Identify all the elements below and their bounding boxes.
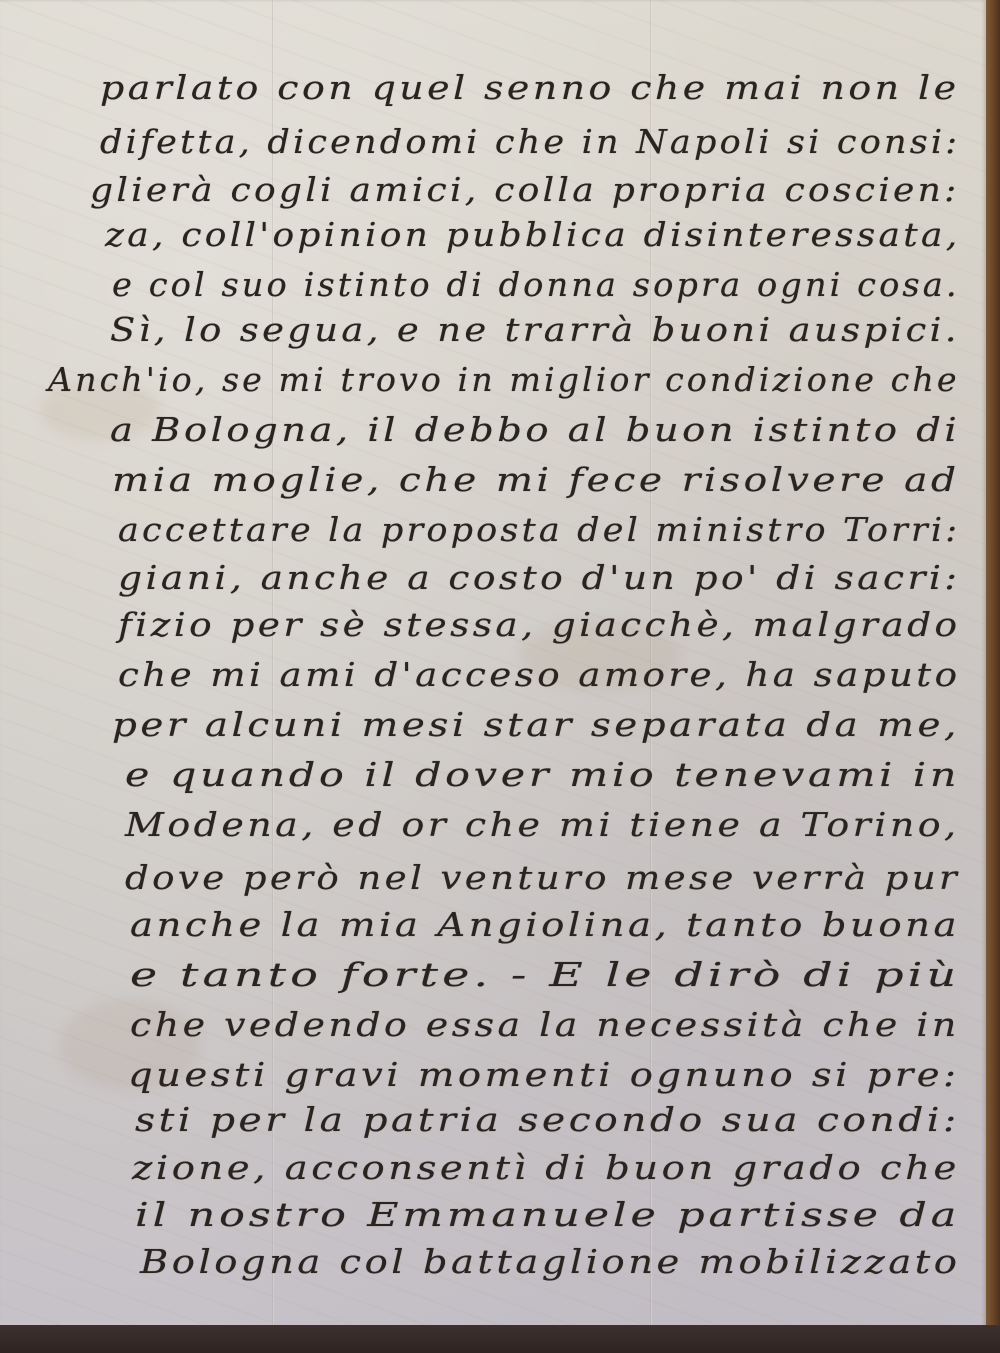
letter-line: Sì, lo segua, e ne trarrà buoni auspici. <box>110 310 960 349</box>
letter-line: e col suo istinto di donna sopra ogni co… <box>112 265 960 304</box>
letter-line: difetta, dicendomi che in Napoli si cons… <box>100 122 960 161</box>
letter-line: e quando il dover mio tenevami in <box>125 755 960 794</box>
letter-line: questi gravi momenti ognuno si pre: <box>128 1055 960 1094</box>
letter-line: a Bologna, il debbo al buon istinto di <box>110 410 960 449</box>
letter-line: accettare la proposta del ministro Torri… <box>118 510 960 549</box>
letter-line: il nostro Emmanuele partisse da <box>135 1195 960 1234</box>
letter-line: giani, anche a costo d'un po' di sacri: <box>118 558 960 597</box>
letter-line: mia moglie, che mi fece risolvere ad <box>112 460 960 499</box>
letter-line: sti per la patria secondo sua condi: <box>135 1100 960 1139</box>
letter-paper: parlato con quel senno che mai non le di… <box>0 0 986 1328</box>
letter-line: za, coll'opinion pubblica disinteressata… <box>105 215 960 254</box>
wooden-surface-edge <box>986 0 1000 1353</box>
letter-line: glierà cogli amici, colla propria coscie… <box>90 170 960 209</box>
letter-line: Modena, ed or che mi tiene a Torino, <box>125 805 960 844</box>
letter-line: per alcuni mesi star separata da me, <box>112 705 960 744</box>
letter-photograph: parlato con quel senno che mai non le di… <box>0 0 1000 1353</box>
letter-line: Anch'io, se mi trovo in miglior condizio… <box>48 360 960 399</box>
letter-line: Bologna col battaglione mobilizzato <box>140 1242 960 1281</box>
letter-line: fizio per sè stessa, giacchè, malgrado <box>118 605 960 644</box>
letter-line: zione, acconsentì di buon grado che <box>132 1148 960 1187</box>
letter-line: parlato con quel senno che mai non le <box>100 68 959 107</box>
letter-line: dove però nel venturo mese verrà pur <box>125 858 960 897</box>
letter-line: anche la mia Angiolina, tanto buona <box>130 905 960 944</box>
letter-line: che vedendo essa la necessità che in <box>130 1005 960 1044</box>
dark-background-strip <box>0 1325 1000 1353</box>
letter-line: che mi ami d'acceso amore, ha saputo <box>118 655 960 694</box>
letter-line: e tanto forte. - E le dirò di più <box>130 955 960 994</box>
